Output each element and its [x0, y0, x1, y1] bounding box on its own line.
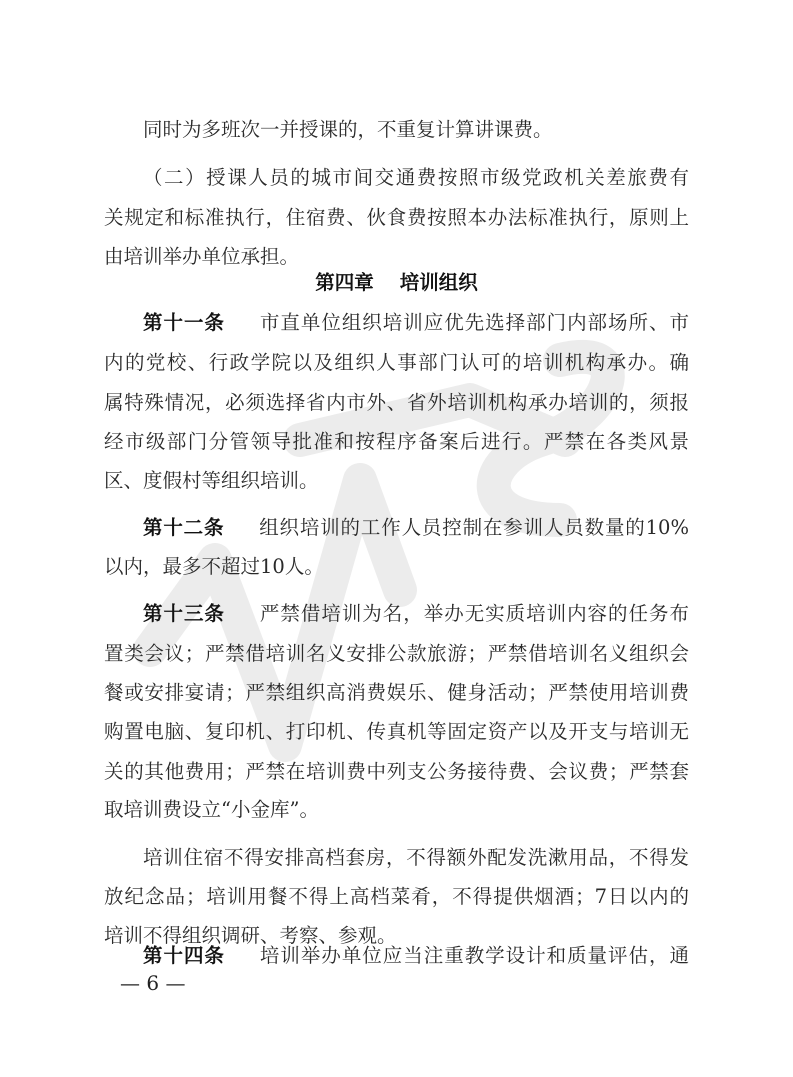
article-text: 严禁借培训为名，举办无实质培训内容的任务布 [259, 602, 689, 625]
article-label: 第十三条 [143, 602, 225, 625]
article-12-first-line: 第十二条组织培训的工作人员控制在参训人员数量的10% [143, 513, 689, 543]
paragraph-line: 关规定和标准执行，住宿费、伙食费按照本办法标准执行，原则上 [104, 203, 689, 233]
article-14-first-line: 第十四条培训举办单位应当注重教学设计和质量评估，通 [143, 941, 689, 971]
article-label: 第十一条 [143, 311, 225, 334]
paragraph-line: 培训住宿不得安排高档套房，不得额外配发洗漱用品，不得发 [143, 843, 689, 873]
chapter-heading: 第四章培训组织 [0, 268, 793, 298]
document-page: 同时为多班次一并授课的，不重复计算讲课费。 （二）授课人员的城市间交通费按照市级… [0, 0, 793, 1077]
article-text: 市直单位组织培训应优先选择部门内部场所、市 [259, 311, 689, 334]
article-text: 组织培训的工作人员控制在参训人员数量的10% [258, 516, 689, 539]
article-13-first-line: 第十三条严禁借培训为名，举办无实质培训内容的任务布 [143, 599, 689, 629]
article-11-first-line: 第十一条市直单位组织培训应优先选择部门内部场所、市 [143, 308, 689, 338]
chapter-number: 第四章 [315, 271, 374, 294]
paragraph-line: 取培训费设立“小金库”。 [104, 795, 689, 825]
paragraph-line: 属特殊情况，必须选择省内市外、省外培训机构承办培训的，须报 [104, 388, 689, 418]
paragraph-line: （二）授课人员的城市间交通费按照市级党政机关差旅费有 [143, 163, 689, 193]
paragraph-line: 餐或安排宴请；严禁组织高消费娱乐、健身活动；严禁使用培训费 [104, 678, 689, 708]
paragraph-line: 以内，最多不超过10人。 [104, 552, 689, 582]
paragraph-line: 关的其他费用；严禁在培训费中列支公务接待费、会议费；严禁套 [104, 757, 689, 787]
article-label: 第十二条 [143, 516, 224, 539]
paragraph-line: 购置电脑、复印机、打印机、传真机等固定资产以及开支与培训无 [104, 717, 689, 747]
paragraph-line: 区、度假村等组织培训。 [104, 466, 689, 496]
paragraph-line: 同时为多班次一并授课的，不重复计算讲课费。 [143, 115, 689, 145]
paragraph-line: 内的党校、行政学院以及组织人事部门认可的培训机构承办。确 [104, 348, 689, 378]
paragraph-line: 放纪念品；培训用餐不得上高档菜肴，不得提供烟酒；7日以内的 [104, 882, 689, 912]
article-text: 培训举办单位应当注重教学设计和质量评估，通 [259, 944, 689, 967]
page-number: — 6 — [120, 968, 185, 998]
paragraph-line: 置类会议；严禁借培训名义安排公款旅游；严禁借培训名义组织会 [104, 639, 689, 669]
paragraph-line: 经市级部门分管领导批准和按程序备案后进行。严禁在各类风景 [104, 427, 689, 457]
chapter-title: 培训组织 [400, 271, 478, 294]
article-label: 第十四条 [143, 944, 225, 967]
